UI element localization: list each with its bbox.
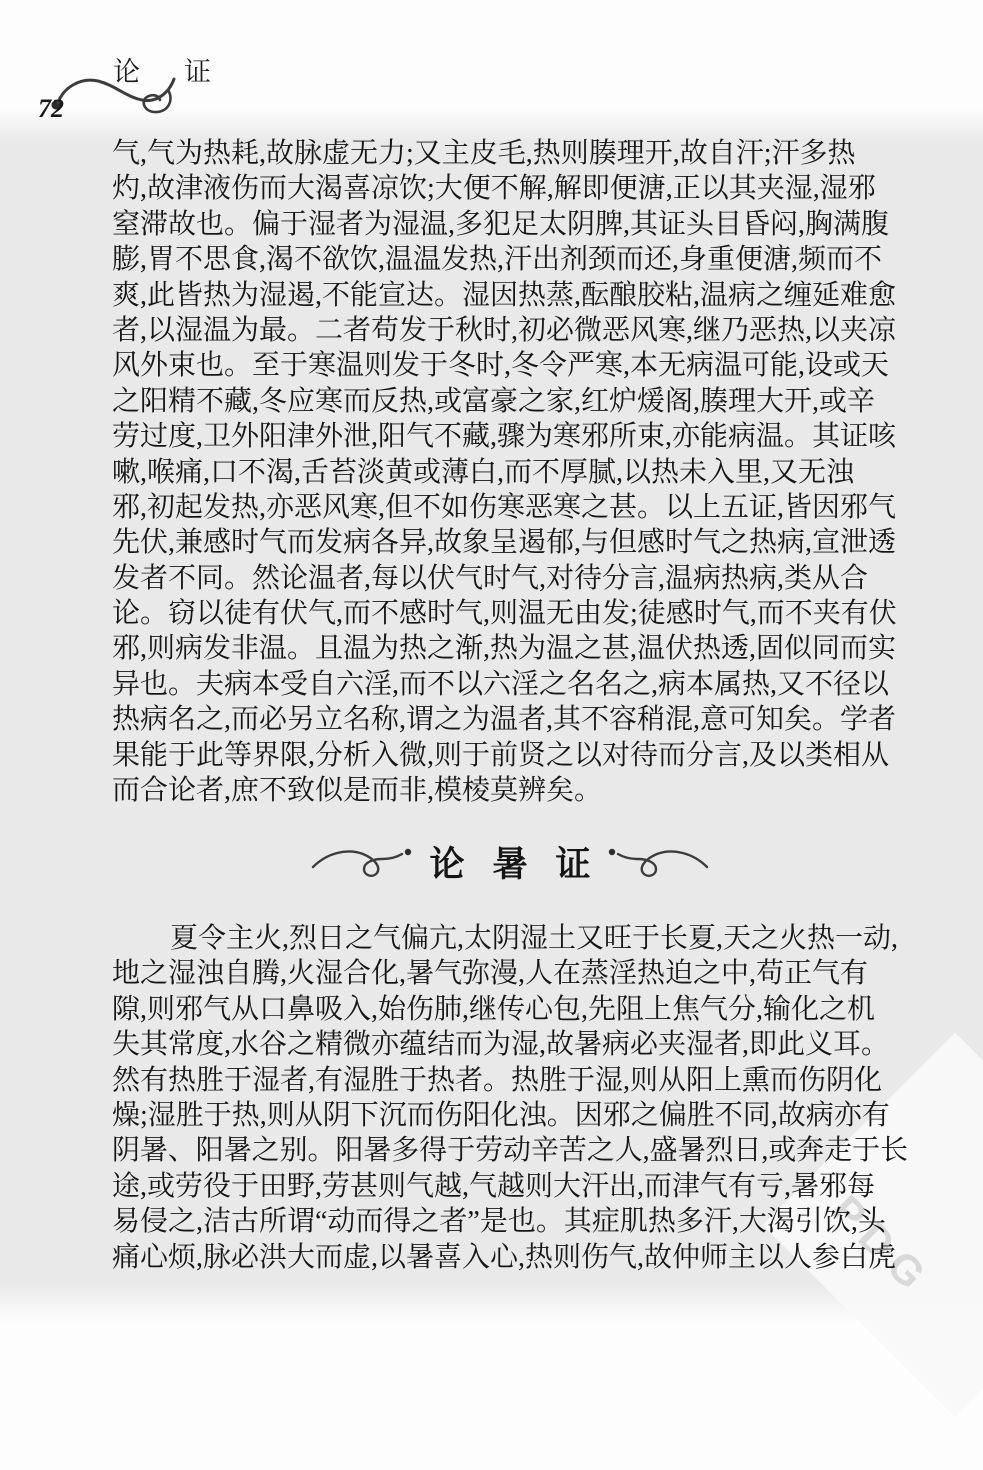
text-line: 先伏,兼感时气而发病各异,故象呈遏郁,与但感时气之热病,宣泄透 (112, 525, 908, 560)
text-line: 果能于此等界限,分析入微,则于前贤之以对待而分言,及以类相从 (112, 738, 908, 773)
text-line: 风外束也。至于寒温则发于冬时,冬令严寒,本无病温可能,设或天 (112, 348, 908, 383)
text-line: 途,或劳役于田野,劳甚则气越,气越则大汗出,而津气有亏,暑邪每 (112, 1169, 908, 1204)
text-line: 爽,此皆热为湿遏,不能宣达。湿因热蒸,酝酿胶粘,温病之缠延难愈 (112, 278, 908, 313)
text-line: 阴暑、阳暑之别。阳暑多得于劳动辛苦之人,盛暑烈日,或奔走于长 (112, 1133, 906, 1168)
heading-flourish-left-icon (311, 843, 415, 881)
text-line: 发者不同。然论温者,每以伏气时气,对待分言,温病热病,类从合 (112, 561, 908, 596)
text-line: 异也。夫病本受自六淫,而不以六淫之名名之,病本属热,又不径以 (112, 667, 908, 702)
text-line: 邪,则病发非温。且温为热之渐,热为温之甚,温伏热透,固似同而实 (112, 631, 908, 666)
paragraph-lun-zheng: 气,气为热耗,故脉虚无力;又主皮毛,热则腠理开,故自汗;汗多热灼,故津液伤而大渴… (112, 136, 908, 808)
text-line: 夏令主火,烈日之气偏亢,太阴湿土又旺于长夏,天之火热一动, (112, 921, 908, 956)
text-line: 之阳精不藏,冬应寒而反热,或富豪之家,红炉煖阁,腠理大开,或辛 (112, 384, 908, 419)
section-heading: 论暑证 (112, 834, 908, 890)
text-line: 论。窃以徒有伏气,而不感时气,则温无由发;徒感时气,而不夹有伏 (112, 596, 908, 631)
text-line: 窒滞故也。偏于湿者为湿温,多犯足太阴脾,其证头目昏闷,胸满腹 (112, 207, 908, 242)
text-line: 膨,胃不思食,渴不欲饮,温温发热,汗出剂颈而还,身重便溏,频而不 (112, 242, 908, 277)
scanned-book-page: PDG 论证 72 气,气为热耗,故脉虚无力;又主皮毛,热则腠理开,故自汗;汗多… (0, 0, 983, 1470)
text-line: 然有热胜于湿者,有湿胜于热者。热胜于湿,则从阳上熏而伤阴化 (112, 1063, 908, 1098)
text-line: 隙,则邪气从口鼻吸入,始伤肺,继传心包,先阻上焦气分,输化之机 (112, 992, 908, 1027)
page-number: 72 (38, 94, 64, 124)
text-line: 痛心烦,脉必洪大而虚,以暑喜入心,热则伤气,故仲师主以人参白虎 (112, 1240, 908, 1275)
text-line: 灼,故津液伤而大渴喜凉饮;大便不解,解即便溏,正以其夹湿,湿邪 (112, 171, 908, 206)
text-line: 地之湿浊自腾,火湿合化,暑气弥漫,人在蒸淫热迫之中,苟正气有 (112, 956, 908, 991)
text-line: 嗽,喉痛,口不渴,舌苔淡黄或薄白,而不厚腻,以热未入里,又无浊 (112, 455, 908, 490)
text-line: 燥;湿胜于热,则从阴下沉而伤阳化浊。因邪之偏胜不同,故病亦有 (112, 1098, 908, 1133)
text-line: 者,以湿温为最。二者苟发于秋时,初必微恶风寒,继乃恶热,以夹凉 (112, 313, 908, 348)
text-line: 邪,初起发热,亦恶风寒,但不如伤寒恶寒之甚。以上五证,皆因邪气 (112, 490, 908, 525)
text-line: 气,气为热耗,故脉虚无力;又主皮毛,热则腠理开,故自汗;汗多热 (112, 136, 908, 171)
text-line: 而合论者,庶不致似是而非,模棱莫辨矣。 (112, 773, 908, 808)
text-line: 热病名之,而必另立名称,谓之为温者,其不容稍混,意可知矣。学者 (112, 702, 908, 737)
text-line: 失其常度,水谷之精微亦蕴结而为湿,故暑病必夹湿者,即此义耳。 (112, 1027, 908, 1062)
heading-flourish-right-icon (605, 843, 709, 881)
header-flourish-ornament (48, 68, 176, 124)
text-line: 易侵之,洁古所谓“动而得之者”是也。其症肌热多汗,大渴引饮,头 (112, 1204, 908, 1239)
paragraph-lun-shu-zheng: 夏令主火,烈日之气偏亢,太阴湿土又旺于长夏,天之火热一动,地之湿浊自腾,火湿合化… (112, 921, 908, 1275)
text-line: 劳过度,卫外阳津外泄,阳气不藏,骤为寒邪所束,亦能病温。其证咳 (112, 419, 908, 454)
section-title: 论暑证 (429, 837, 618, 887)
